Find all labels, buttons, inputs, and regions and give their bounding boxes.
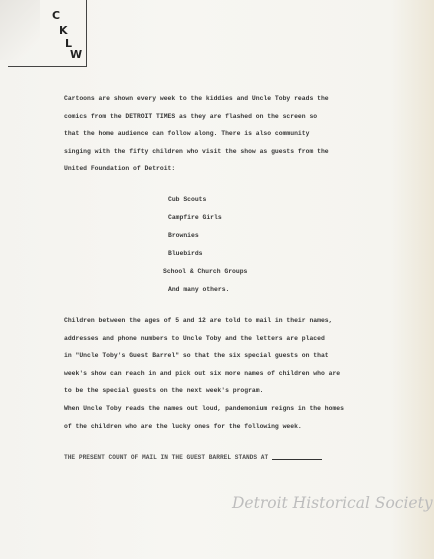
list-item: Brownies bbox=[163, 227, 247, 245]
text-line: Children between the ages of 5 and 12 ar… bbox=[64, 312, 384, 330]
text-line: Cartoons are shown every week to the kid… bbox=[64, 90, 384, 108]
list-item: Campfire Girls bbox=[163, 209, 247, 227]
list-item: And many others. bbox=[163, 281, 247, 299]
text-line: addresses and phone numbers to Uncle Tob… bbox=[64, 330, 384, 348]
blank-fill-line bbox=[272, 459, 322, 460]
call-letter-k: K bbox=[59, 24, 68, 37]
paragraph-cartoons: Cartoons are shown every week to the kid… bbox=[64, 90, 384, 178]
call-letter-w: W bbox=[70, 48, 82, 61]
text-line: United Foundation of Detroit: bbox=[64, 160, 384, 178]
paragraph-children: Children between the ages of 5 and 12 ar… bbox=[64, 312, 384, 435]
text-line: that the home audience can follow along.… bbox=[64, 125, 384, 143]
document-page: C K L W Cartoons are shown every week to… bbox=[0, 0, 434, 559]
list-item: School & Church Groups bbox=[163, 263, 247, 281]
text-line: week's show can reach in and pick out si… bbox=[64, 365, 384, 383]
text-line: singing with the fifty children who visi… bbox=[64, 143, 384, 161]
watermark: Detroit Historical Society bbox=[232, 494, 433, 512]
call-letter-c: C bbox=[52, 9, 60, 22]
text-line: in "Uncle Toby's Guest Barrel" so that t… bbox=[64, 347, 384, 365]
text-line: comics from the DETROIT TIMES as they ar… bbox=[64, 108, 384, 126]
list-item: Cub Scouts bbox=[163, 191, 247, 209]
mail-count-text: THE PRESENT COUNT OF MAIL IN THE GUEST B… bbox=[64, 454, 268, 461]
mail-count-line: THE PRESENT COUNT OF MAIL IN THE GUEST B… bbox=[64, 454, 322, 461]
text-line: When Uncle Toby reads the names out loud… bbox=[64, 400, 384, 418]
list-item: Bluebirds bbox=[163, 245, 247, 263]
text-line: of the children who are the lucky ones f… bbox=[64, 418, 384, 436]
text-line: to be the special guests on the next wee… bbox=[64, 382, 384, 400]
groups-list: Cub Scouts Campfire Girls Brownies Blueb… bbox=[163, 191, 247, 299]
